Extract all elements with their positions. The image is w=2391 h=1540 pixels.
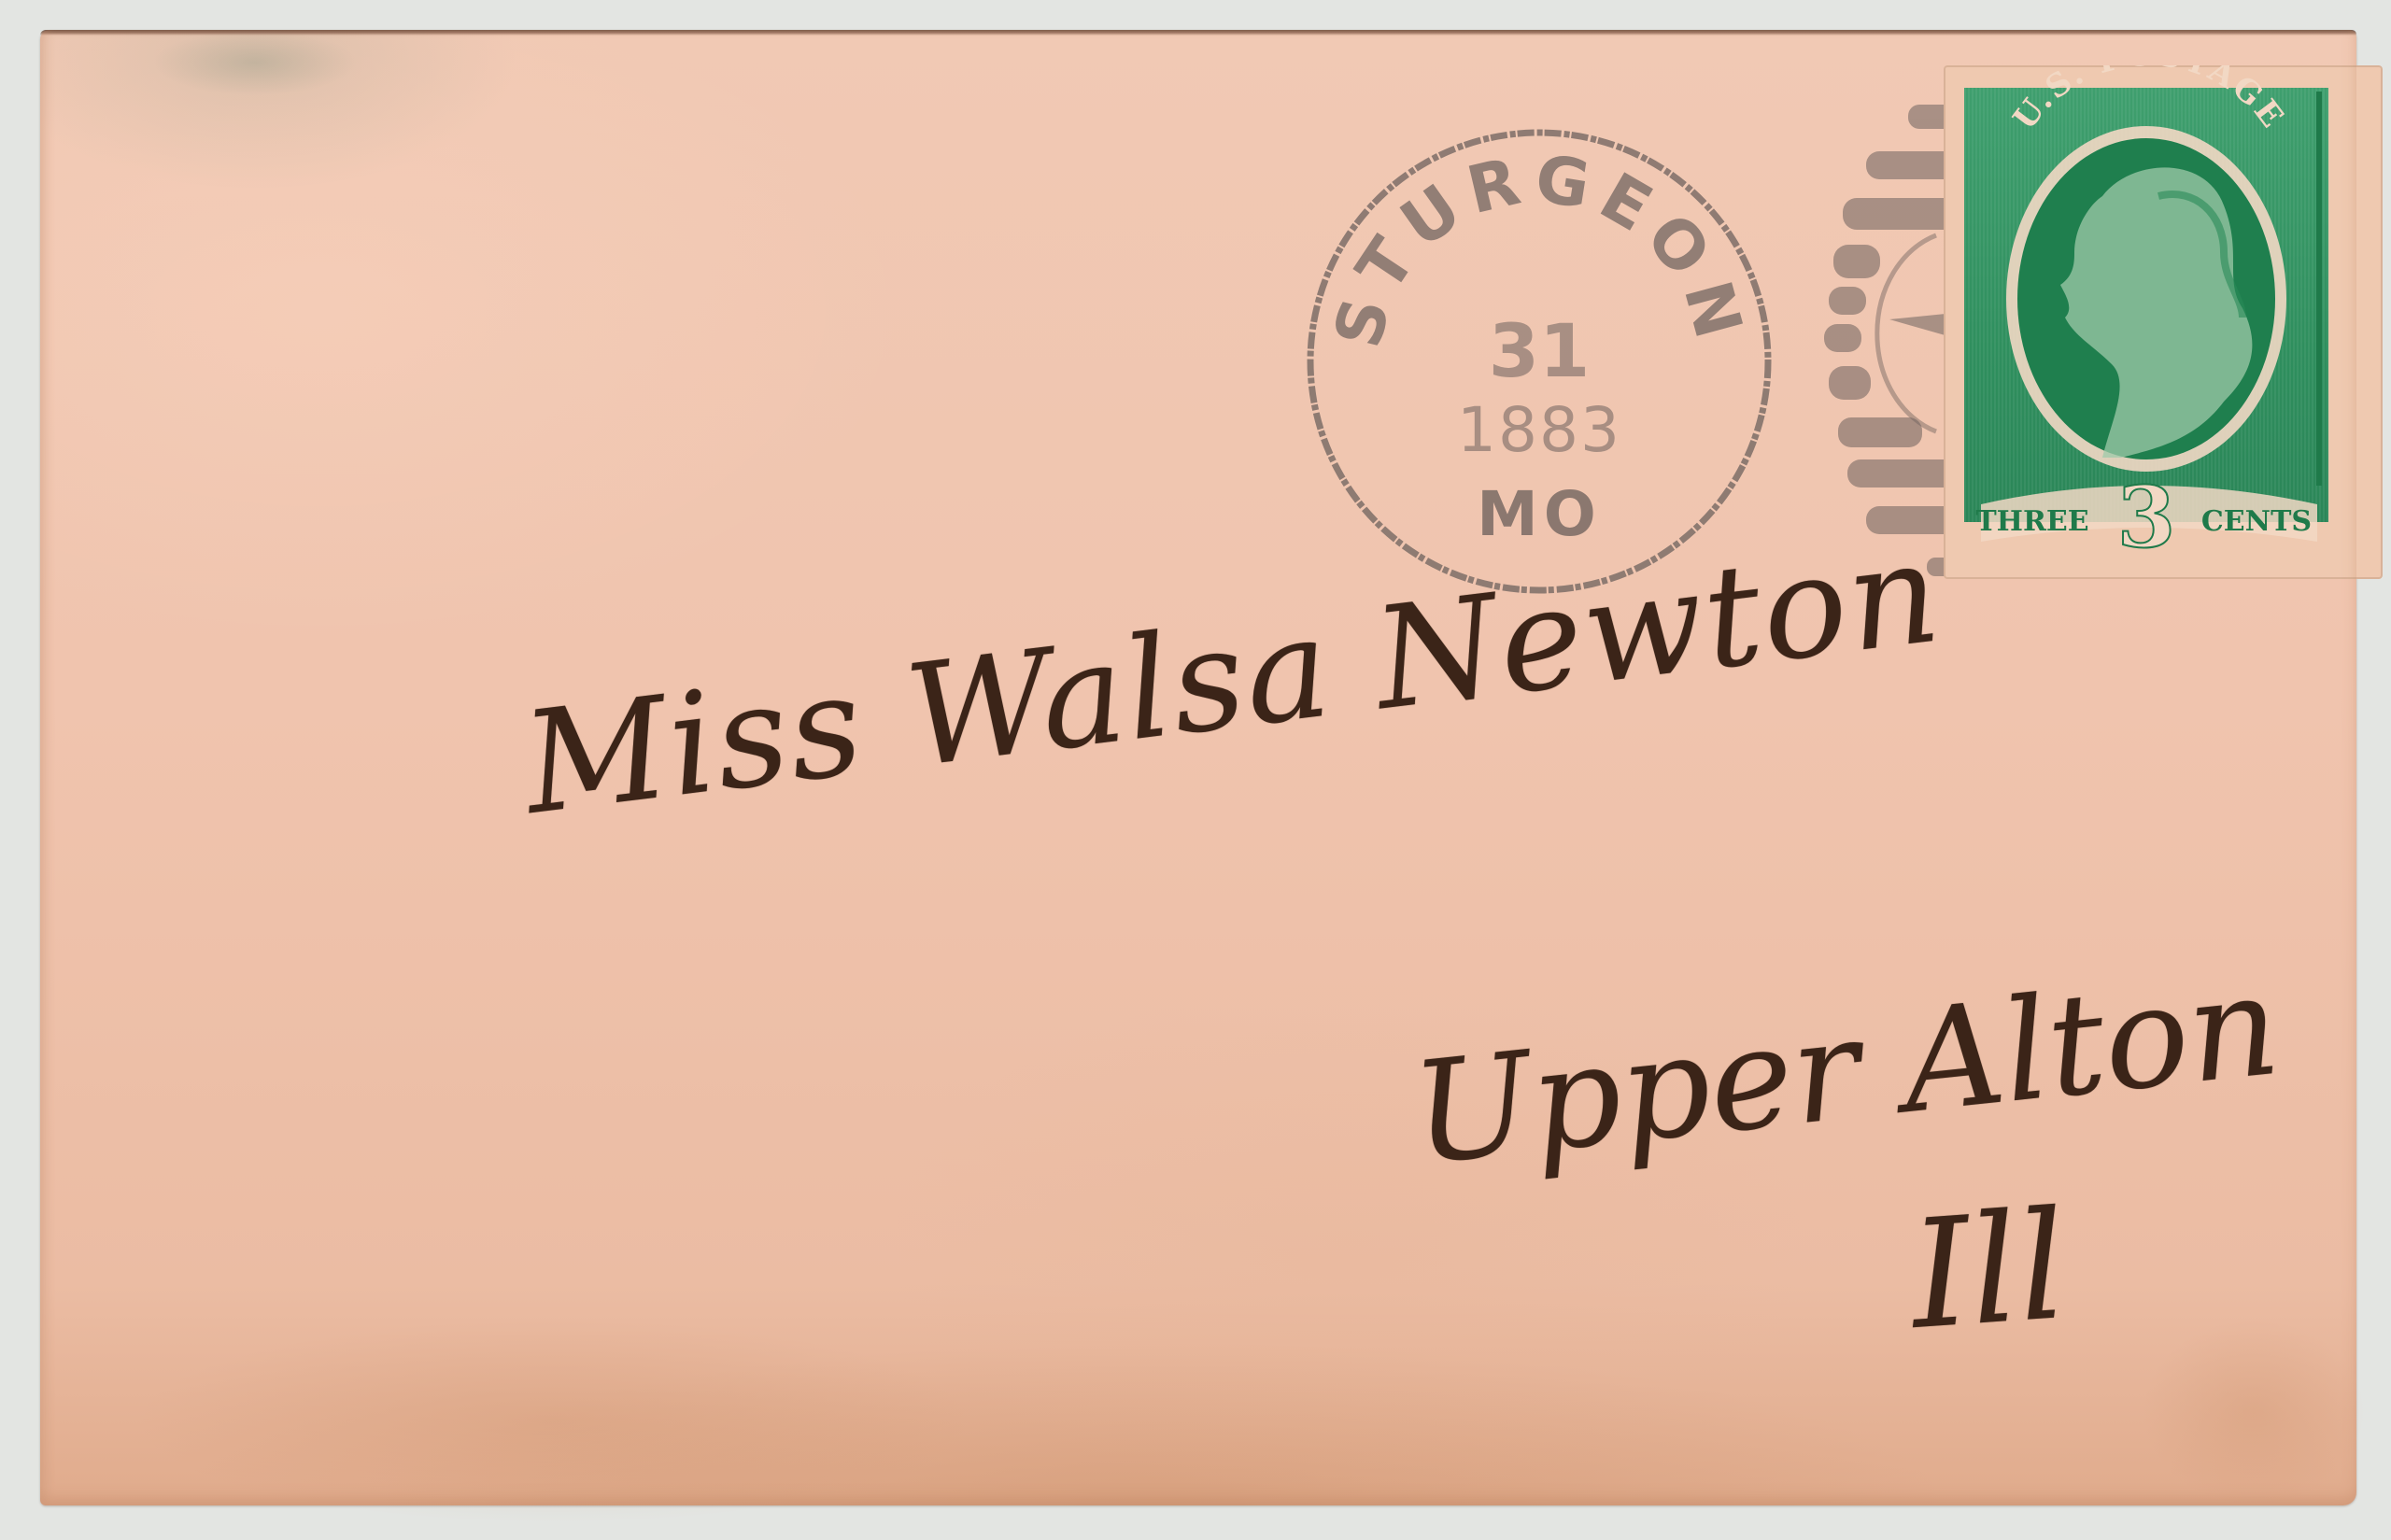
envelope: STURGEON 31 1883 MO (40, 30, 2356, 1505)
postage-stamp: U.S. POSTAGE THREE 3 CENTS (1944, 65, 2383, 579)
postmark-day: 31 (1296, 310, 1782, 394)
recipient-name: Miss Walsa Newton (516, 511, 1949, 846)
postmark: STURGEON 31 1883 MO (1296, 119, 1782, 604)
stain (2142, 1319, 2366, 1505)
postmark-year: 1883 (1296, 394, 1782, 466)
stain (134, 1319, 974, 1524)
recipient-state: Ill (1905, 1178, 2072, 1363)
stamp-bottom-left-text: THREE (1975, 505, 2088, 538)
scan-background: STURGEON 31 1883 MO (0, 0, 2391, 1540)
stamp-denomination: 3 (2117, 468, 2176, 567)
stamp-engraving: U.S. POSTAGE THREE 3 CENTS (1944, 65, 2383, 579)
recipient-city: Upper Alton (1406, 944, 2286, 1196)
stain (152, 30, 358, 95)
stamp-bottom-right-text: CENTS (2201, 505, 2312, 538)
